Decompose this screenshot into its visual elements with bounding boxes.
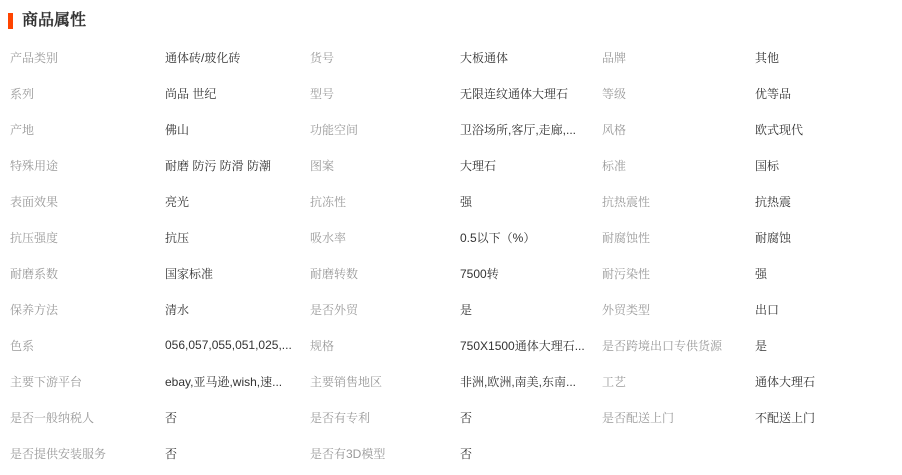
attribute-label: 特殊用途: [10, 157, 165, 174]
attribute-value: 抗热震: [755, 193, 902, 210]
attribute-label: 表面效果: [10, 193, 165, 210]
attribute-value: 是: [460, 301, 602, 318]
attribute-label: 型号: [310, 85, 460, 102]
attribute-value: 亮光: [165, 193, 310, 210]
attribute-value: 不配送上门: [755, 409, 902, 426]
attribute-value: 强: [460, 193, 602, 210]
section-header: 商品属性: [0, 0, 902, 31]
attribute-value: 无限连纹通体大理石: [460, 85, 602, 102]
attribute-value: 非洲,欧洲,南美,东南...: [460, 373, 602, 390]
attribute-label: 标准: [602, 157, 755, 174]
attribute-value: 大板通体: [460, 49, 602, 66]
attribute-label: 是否外贸: [310, 301, 460, 318]
attribute-label: 保养方法: [10, 301, 165, 318]
attribute-label: 耐磨转数: [310, 265, 460, 282]
attribute-label: 外贸类型: [602, 301, 755, 318]
attribute-label: 规格: [310, 337, 460, 354]
attribute-label: 抗压强度: [10, 229, 165, 246]
attribute-label: 主要下游平台: [10, 373, 165, 390]
attribute-label: 产品类别: [10, 49, 165, 66]
attribute-value: 卫浴场所,客厅,走廊,...: [460, 121, 602, 138]
attribute-value: 欧式现代: [755, 121, 902, 138]
attribute-value: 否: [460, 409, 602, 426]
product-attributes-page: 商品属性 产品类别通体砖/玻化砖货号大板通体品牌其他系列尚品 世纪型号无限连纹通…: [0, 0, 902, 475]
accent-bar: [8, 13, 13, 29]
attribute-value: 通体大理石: [755, 373, 902, 390]
attribute-label: 风格: [602, 121, 755, 138]
attribute-value: 清水: [165, 301, 310, 318]
attribute-label: 耐磨系数: [10, 265, 165, 282]
attribute-value: 否: [460, 445, 602, 462]
section-title: 商品属性: [22, 11, 86, 31]
attribute-label: 耐腐蚀性: [602, 229, 755, 246]
attribute-label: 工艺: [602, 373, 755, 390]
attribute-label: 色系: [10, 337, 165, 354]
attribute-value: 耐腐蚀: [755, 229, 902, 246]
attribute-value: 优等品: [755, 85, 902, 102]
attribute-label: 是否一般纳税人: [10, 409, 165, 426]
attribute-label: 耐污染性: [602, 265, 755, 282]
attribute-value: 尚品 世纪: [165, 85, 310, 102]
attribute-label: 是否有专利: [310, 409, 460, 426]
attribute-value: 通体砖/玻化砖: [165, 49, 310, 66]
attribute-value: 国标: [755, 157, 902, 174]
attribute-value: 出口: [755, 301, 902, 318]
attribute-value: 强: [755, 265, 902, 282]
attribute-value: 国家标准: [165, 265, 310, 282]
attribute-label: 是否有3D模型: [310, 445, 460, 462]
attribute-label: 是否跨境出口专供货源: [602, 337, 755, 354]
attribute-label: 系列: [10, 85, 165, 102]
attribute-label: 抗热震性: [602, 193, 755, 210]
attribute-value: 0.5以下（%）: [460, 229, 602, 246]
attribute-label: 是否配送上门: [602, 409, 755, 426]
attribute-value: ebay,亚马逊,wish,速...: [165, 373, 310, 390]
attribute-value: 7500转: [460, 265, 602, 282]
attribute-value: 是: [755, 337, 902, 354]
attribute-value: 056,057,055,051,025,...: [165, 338, 310, 352]
attribute-label: 品牌: [602, 49, 755, 66]
attribute-value: 佛山: [165, 121, 310, 138]
attribute-label: 功能空间: [310, 121, 460, 138]
attribute-value: 耐磨 防污 防滑 防潮: [165, 157, 310, 174]
attribute-label: 是否提供安装服务: [10, 445, 165, 462]
attribute-value: 抗压: [165, 229, 310, 246]
attribute-value: 750X1500通体大理石...: [460, 337, 602, 354]
attributes-table: 产品类别通体砖/玻化砖货号大板通体品牌其他系列尚品 世纪型号无限连纹通体大理石等…: [0, 39, 902, 471]
attribute-label: 产地: [10, 121, 165, 138]
attribute-value: 否: [165, 409, 310, 426]
attribute-value: 大理石: [460, 157, 602, 174]
attribute-label: 抗冻性: [310, 193, 460, 210]
attribute-label: 吸水率: [310, 229, 460, 246]
attribute-value: 否: [165, 445, 310, 462]
attribute-label: 等级: [602, 85, 755, 102]
attribute-label: 主要销售地区: [310, 373, 460, 390]
attribute-label: 货号: [310, 49, 460, 66]
attribute-label: 图案: [310, 157, 460, 174]
attribute-value: 其他: [755, 49, 902, 66]
